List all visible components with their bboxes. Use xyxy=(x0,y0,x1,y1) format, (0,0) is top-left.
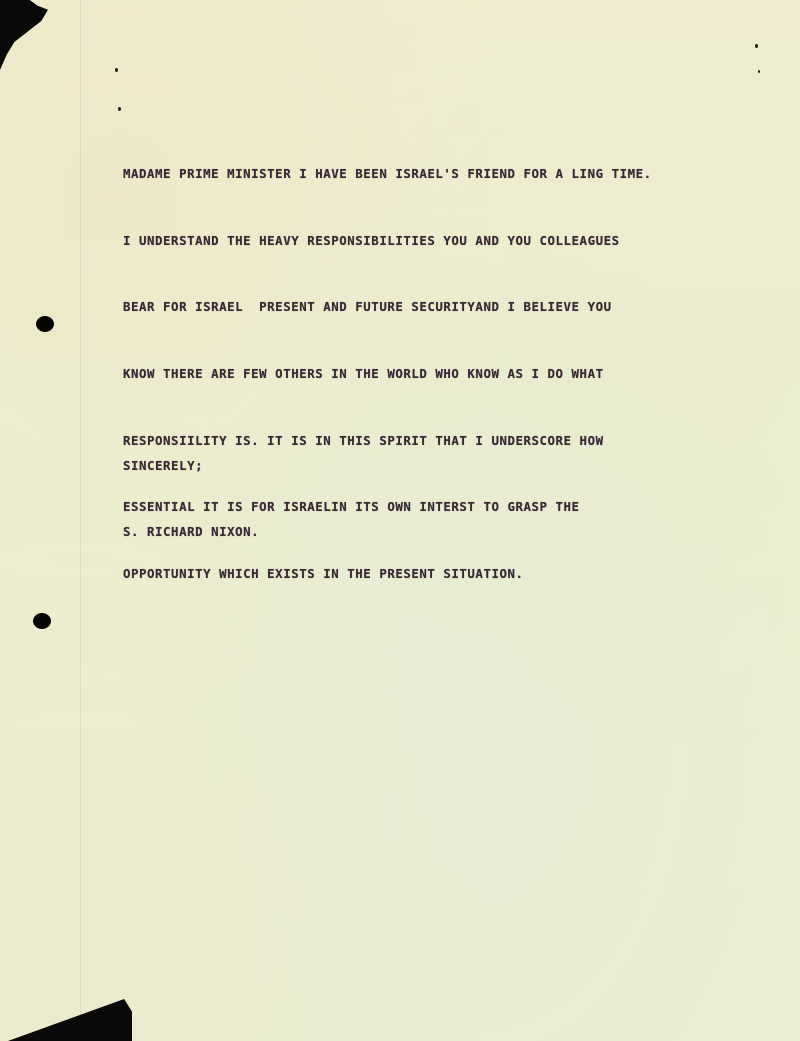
letter-line: I UNDERSTAND THE HEAVY RESPONSIBILITIES … xyxy=(123,233,763,270)
letter-closing-block: SINCERELY; S. RICHARD NIXON. xyxy=(123,428,259,575)
letter-line: KNOW THERE ARE FEW OTHERS IN THE WORLD W… xyxy=(123,366,763,403)
ink-speck xyxy=(115,68,118,72)
letter-line: MADAME PRIME MINISTER I HAVE BEEN ISRAEL… xyxy=(123,166,763,203)
punch-hole-lower xyxy=(33,613,51,629)
punch-hole-upper xyxy=(36,316,54,332)
ink-speck xyxy=(118,107,121,111)
signature: S. RICHARD NIXON. xyxy=(123,524,259,560)
ink-speck xyxy=(755,44,758,48)
ink-speck xyxy=(758,70,760,73)
letter-line: BEAR FOR ISRAEL PRESENT AND FUTURE SECUR… xyxy=(123,299,763,336)
closing-salutation: SINCERELY; xyxy=(123,458,259,494)
paper-fold-line xyxy=(80,0,81,1041)
